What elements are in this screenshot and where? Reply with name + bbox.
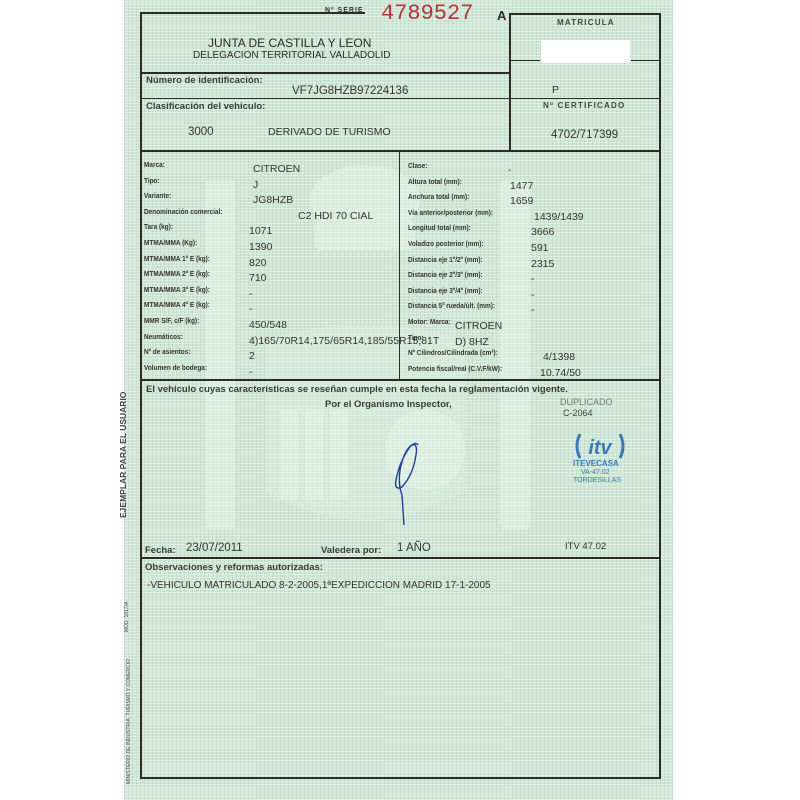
identification-value: VF7JG8HZB97224136: [292, 85, 408, 97]
field-label: Distancia 5ª rueda/últ. (mm):: [408, 301, 495, 310]
divider-matricula-vertical: [509, 13, 511, 150]
border-right: [659, 13, 661, 778]
field-label: MTMA/MMA 1º E (kg):: [144, 254, 210, 263]
field-value: 10.74/50: [540, 367, 581, 379]
divider-statement: [140, 379, 661, 381]
signature-icon: [380, 425, 430, 535]
date-label: Fecha:: [145, 545, 176, 556]
field-label: Longitud total (mm):: [408, 223, 471, 232]
field-value: 4/1398: [543, 351, 575, 363]
field-label: Vía anterior/posterior (mm):: [408, 208, 493, 217]
stamp-name: ITEVECASA: [573, 459, 619, 468]
matricula-label: MATRICULA: [557, 18, 615, 27]
classification-label: Clasificación del vehiculo:: [146, 101, 265, 112]
field-label: Volumen de bodega:: [144, 363, 207, 372]
stamp-city: TORDESILLAS: [573, 477, 621, 484]
field-value: 710: [249, 272, 267, 284]
field-value: 820: [249, 257, 267, 269]
field-label: Distancia eje 3º/4º (mm):: [408, 286, 483, 295]
field-value: JG8HZB: [253, 194, 293, 206]
inspector-label: Por el Organismo Inspector,: [325, 399, 452, 410]
classification-description: DERIVADO DE TURISMO: [268, 126, 391, 138]
field-label: Marca:: [144, 160, 165, 169]
matricula-suffix: P: [552, 84, 559, 96]
field-value: 1477: [510, 180, 533, 192]
divider-ident: [140, 98, 660, 99]
field-value: -: [249, 366, 253, 378]
valid-label: Valedera por:: [321, 545, 381, 556]
certificate-label: Nº CERTIFICADO: [543, 101, 625, 110]
field-label: MTMA/MMA 3º E (kg):: [144, 285, 210, 294]
field-value: -: [531, 289, 535, 301]
field-value: CITROEN: [455, 320, 502, 332]
svg-text:itv: itv: [588, 437, 613, 459]
divider-classification: [140, 150, 661, 152]
date-value: 23/07/2011: [186, 542, 243, 554]
field-label: Distancia eje 2º/3º (mm):: [408, 270, 483, 279]
divider-observations: [140, 557, 661, 559]
field-value: D) 8HZ: [455, 336, 489, 348]
field-label: Denominación comercial:: [144, 207, 223, 216]
itv-stamp: itv ITEVECASA VA-47.02 TORDESILLAS: [565, 432, 635, 492]
ministry-label: MINISTERIO DE INDUSTRIA, TURISMO Y COMER…: [126, 659, 132, 784]
field-label: Tipo:: [408, 333, 424, 342]
serie-letter: A: [497, 8, 506, 23]
certificate-value: 4702/717399: [551, 129, 618, 141]
field-label: Anchura total (mm):: [408, 192, 469, 201]
divider-matricula-right: [631, 60, 660, 61]
field-value: -: [531, 304, 535, 316]
divider-header: [140, 72, 510, 74]
field-label: MTMA/MMA 4º E (kg):: [144, 300, 210, 309]
field-value: 1659: [510, 195, 533, 207]
field-label: Nº de asientos:: [144, 347, 190, 356]
field-value: J: [253, 179, 258, 191]
field-value: -: [249, 288, 253, 300]
field-label: Voladizo posterior (mm):: [408, 239, 484, 248]
field-label: Nº Cilindros/Cilindrada (cm³):: [408, 348, 498, 357]
field-label: MTMA/MMA 2º E (kg):: [144, 269, 210, 278]
delegation-name: DELEGACION TERRITORIAL VALLADOLID: [193, 50, 390, 61]
field-label: MMR S/F, c/F (kg):: [144, 316, 199, 325]
field-label: Variante:: [144, 191, 171, 200]
divider-matricula-left: [510, 60, 540, 61]
observations-text: -VEHICULO MATRICULADO 8-2-2005,1ªEXPEDIC…: [147, 580, 491, 591]
matricula-redacted: [541, 40, 630, 63]
field-label: Clase:: [408, 161, 427, 170]
field-label: Tipo:: [144, 176, 160, 185]
field-value: 2: [249, 350, 255, 362]
serie-number: 4789527: [381, 1, 473, 26]
field-value: 1390: [249, 241, 272, 253]
field-label: Neumáticos:: [144, 332, 183, 341]
authority-name: JUNTA DE CASTILLA Y LEON: [208, 36, 371, 50]
field-value: 2315: [531, 258, 554, 270]
serie-label: Nº SERIE: [325, 7, 364, 14]
field-value: -: [531, 273, 535, 285]
field-value: 450/548: [249, 319, 287, 331]
itv-logo-icon: itv: [572, 432, 628, 460]
border-bottom: [140, 777, 661, 779]
field-value: 1439/1439: [534, 211, 584, 223]
itv-code: ITV 47.02: [565, 541, 606, 552]
field-label: Tara (kg):: [144, 222, 173, 231]
field-value: 3666: [531, 226, 554, 238]
field-label: Potencia fiscal/real (C.V.F/kW):: [408, 364, 502, 373]
field-value: 591: [531, 242, 549, 254]
statement-text: El vehiculo cuyas características se res…: [146, 384, 568, 395]
classification-code: 3000: [188, 126, 214, 138]
field-label: Motor: Marca:: [408, 317, 451, 326]
observations-label: Observaciones y reformas autorizadas:: [145, 562, 323, 573]
copy-label: EJEMPLAR PARA EL USUARIO: [118, 392, 128, 518]
field-value: CITROEN: [253, 163, 300, 175]
stamp-code: VA-47.02: [581, 469, 610, 476]
duplicate-code: C-2064: [563, 408, 593, 418]
valid-value: 1 AÑO: [397, 542, 431, 554]
duplicate-label: DUPLICADO: [560, 397, 613, 407]
border-left-lower: [140, 150, 142, 778]
field-value: 1071: [249, 225, 272, 237]
model-label: MOD. 1817/A: [124, 602, 130, 632]
field-value: C2 HDI 70 CIAL: [298, 210, 373, 222]
field-value: -: [508, 164, 512, 176]
field-label: MTMA/MMA (Kg):: [144, 238, 197, 247]
field-label: Altura total (mm):: [408, 177, 462, 186]
field-value: -: [249, 303, 253, 315]
field-label: Distancia eje 1º/2º (mm):: [408, 255, 483, 264]
identification-label: Número de identificación:: [146, 75, 263, 86]
border-matricula-top: [509, 13, 661, 15]
